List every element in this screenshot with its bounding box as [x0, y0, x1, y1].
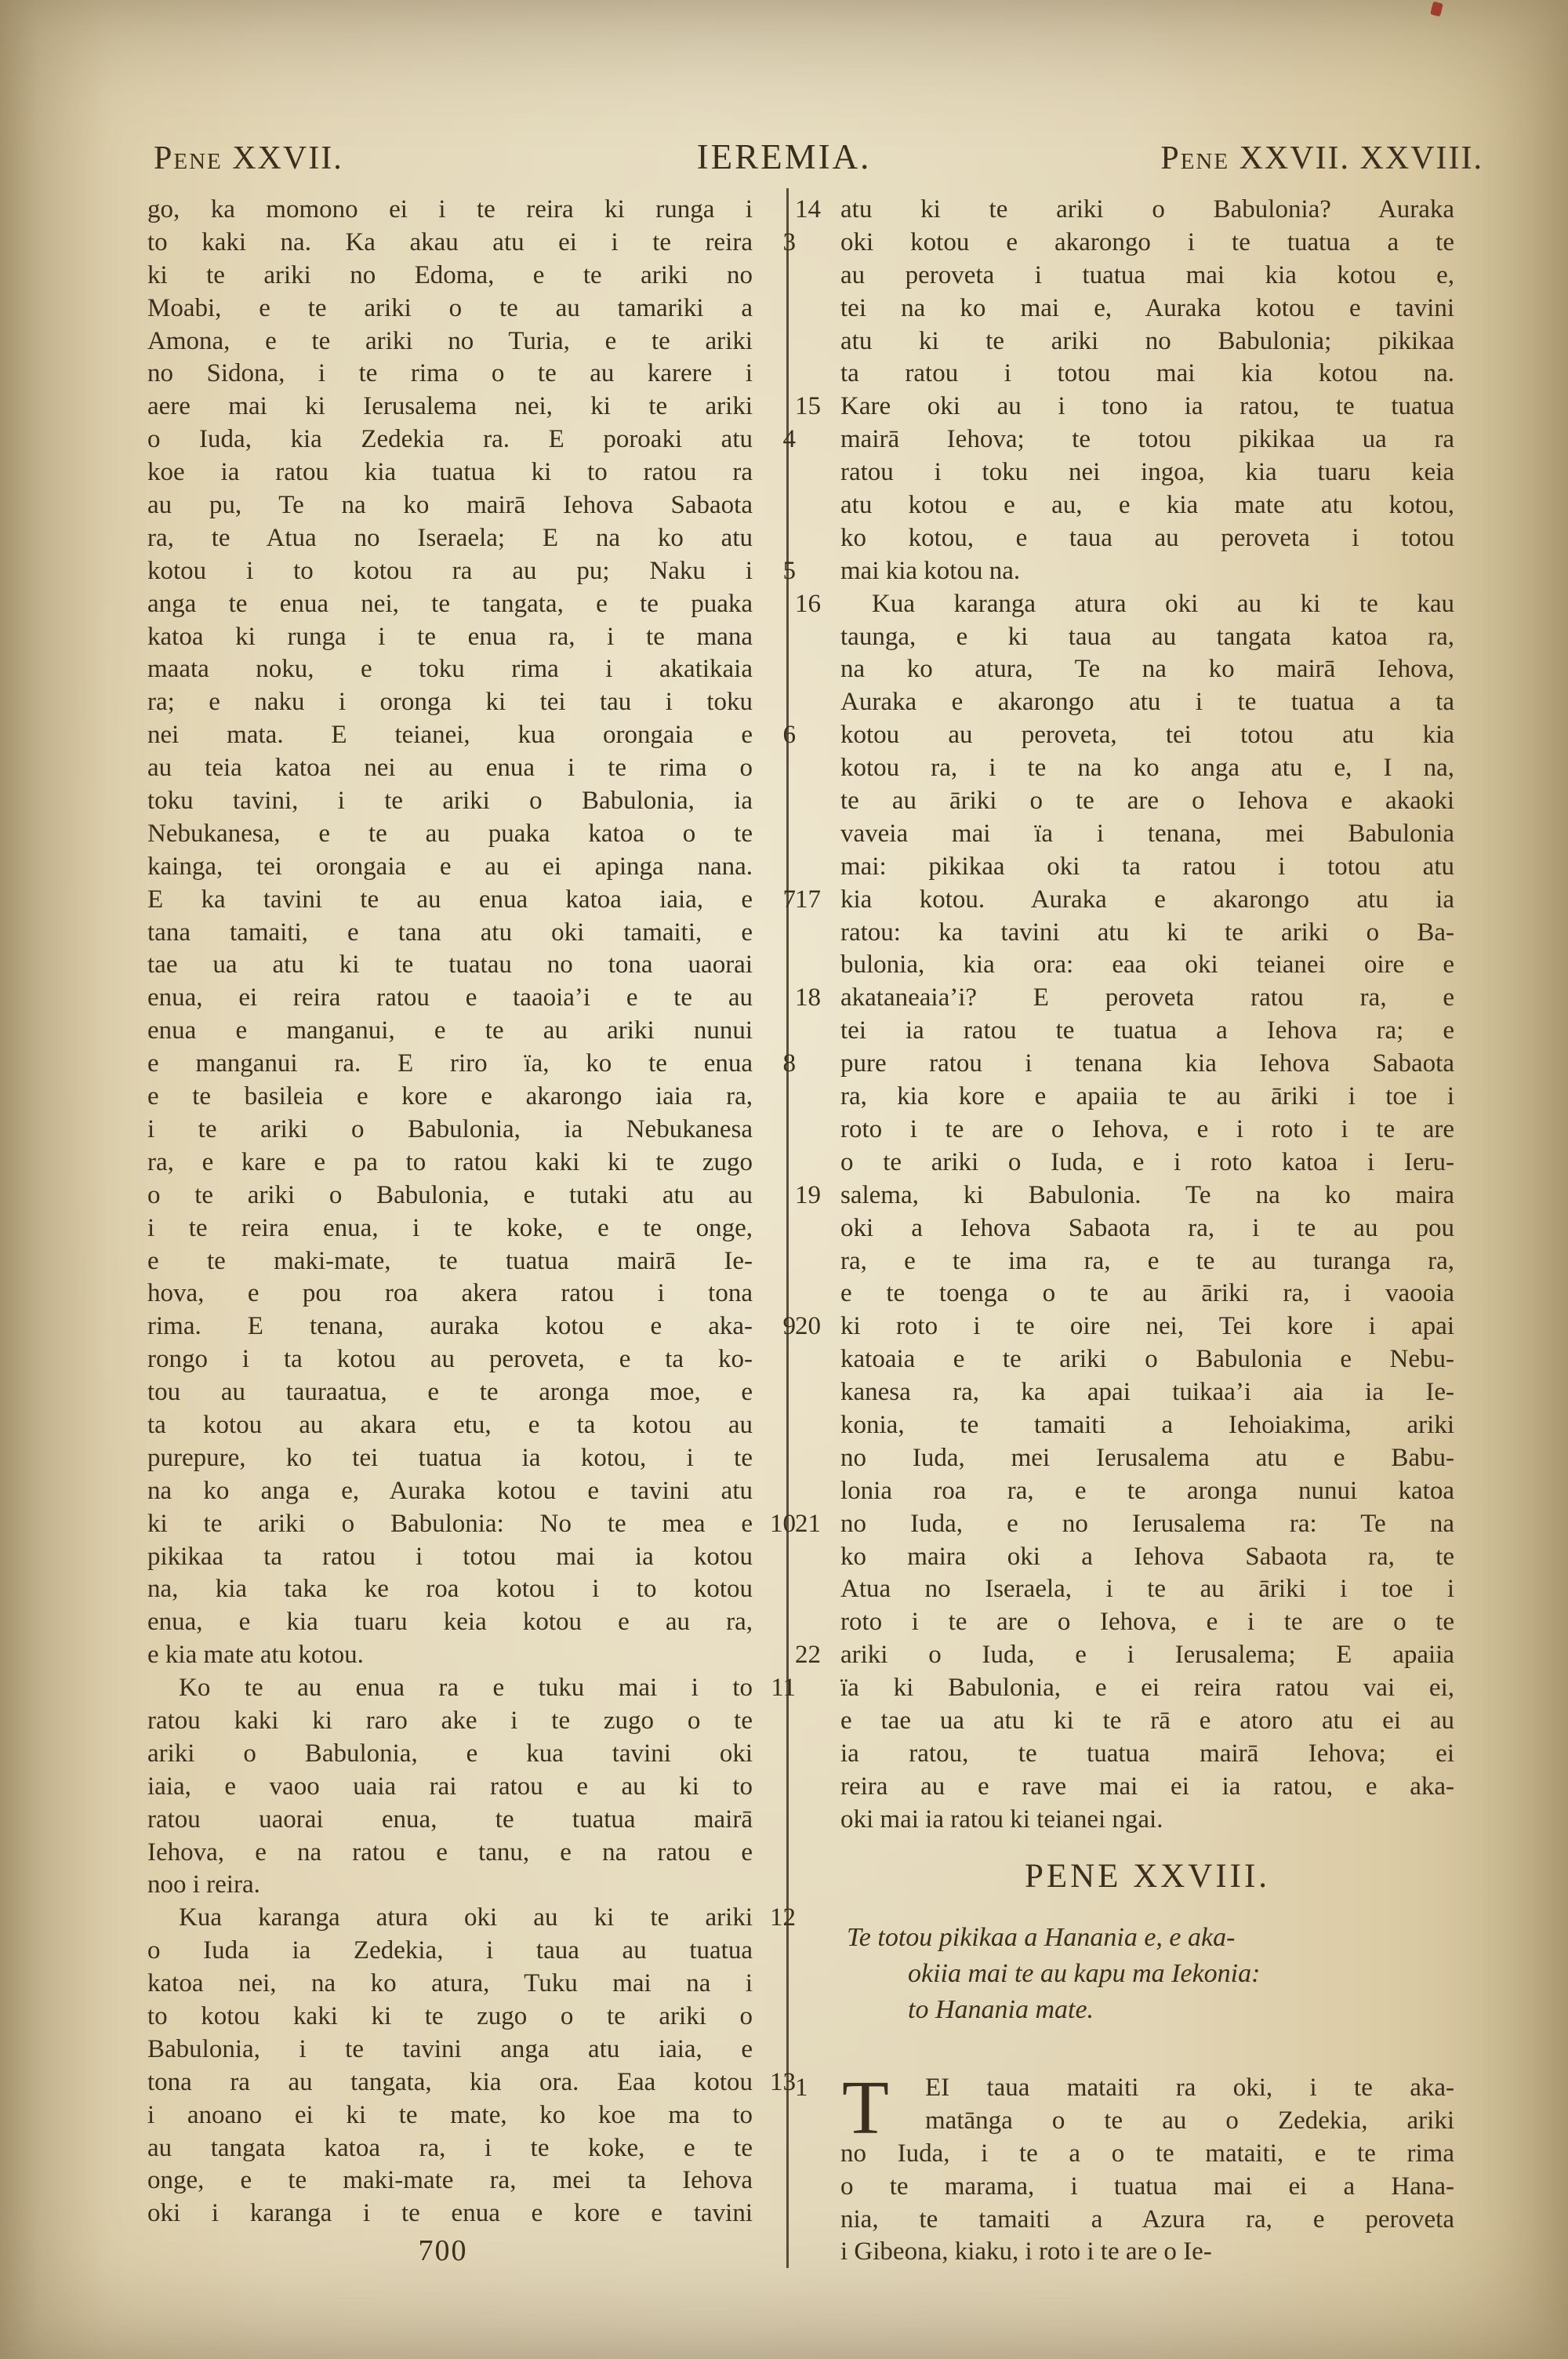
- text-line: aere mai ki Ierusalema nei, ki te ariki: [147, 391, 753, 423]
- text-line: o Iuda, kia Zedekia ra. E poroaki atu4: [147, 423, 753, 456]
- text-line: pikikaa ta ratou i totou mai ia kotou: [147, 1541, 753, 1574]
- verse-number: 8: [783, 1048, 797, 1081]
- text-line: Kare oki au i tono ia ratou, te tuatua15: [840, 391, 1454, 423]
- text-line: kotou au peroveta, tei totou atu kia: [840, 719, 1454, 752]
- text-line: ki roto i te oire nei, Tei kore i apai20: [840, 1310, 1454, 1343]
- text-line: o te ariki o Babulonia, e tutaki atu au: [147, 1179, 753, 1212]
- chapter-summary: Te totou pikikaa a Hanania e, e aka-okii…: [847, 1920, 1454, 2028]
- text-line: oki mai ia ratou ki teianei ngai.: [840, 1804, 1454, 1837]
- column-divider-rule: [786, 188, 789, 2268]
- text-line: reira au e rave mai ei ia ratou, e aka-: [840, 1771, 1454, 1804]
- chapter-summary-line: okiia mai te au kapu ma Iekonia:: [847, 1956, 1454, 1992]
- text-line: lonia roa ra, e te aronga nunui katoa: [840, 1475, 1454, 1508]
- text-line: ko maira oki a Iehova Sabaota ra, te: [840, 1541, 1454, 1574]
- text-line: tei ia ratou te tuatua a Iehova ra; e: [840, 1015, 1454, 1048]
- text-line: go, ka momono ei i te reira ki runga i: [147, 194, 753, 227]
- text-line: ra, e te ima ra, e te au turanga ra,: [840, 1245, 1454, 1278]
- text-line: roto i te are o Iehova, e i roto i te ar…: [840, 1114, 1454, 1147]
- text-line: tona ra au tangata, kia ora. Eaa kotou13: [147, 2066, 753, 2099]
- text-line: kainga, tei orongaia e au ei apinga nana…: [147, 851, 753, 884]
- verse-number: 4: [783, 423, 797, 456]
- text-line: Iehova, e na ratou e tanu, e na ratou e: [147, 1837, 753, 1870]
- text-line: katoa ki runga i te enua ra, i te mana: [147, 621, 753, 654]
- text-line: ra, e kare e pa to ratou kaki ki te zugo: [147, 1147, 753, 1179]
- text-line: ratou i toku nei ingoa, kia tuaru keia: [840, 456, 1454, 489]
- text-line: maata noku, e toku rima i akatikaia: [147, 653, 753, 686]
- page-number: 700: [357, 2234, 529, 2268]
- verse-1-block: 1 T EI taua mataiti ra oki, i te aka-mat…: [840, 2072, 1454, 2269]
- text-line: atu ki te ariki no Babulonia; pikikaa: [840, 325, 1454, 358]
- text-line: roto i te are o Iehova, e i te are o te: [840, 1606, 1454, 1639]
- text-line: Amona, e te ariki no Turia, e te ariki: [147, 325, 753, 358]
- text-line: e te maki-mate, te tuatua mairā Ie-: [147, 1245, 753, 1278]
- text-line: Nebukanesa, e te au puaka katoa o te: [147, 818, 753, 851]
- text-line: i anoano ei ki te mate, ko koe ma to: [147, 2099, 753, 2132]
- text-line: pure ratou i tenana kia Iehova Sabaota: [840, 1048, 1454, 1081]
- text-line: iaia, e vaoo uaia rai ratou e au ki to: [147, 1771, 753, 1804]
- text-line: toku tavini, i te ariki o Babulonia, ia: [147, 785, 753, 818]
- text-line: au peroveta i tuatua mai kia kotou e,: [840, 260, 1454, 293]
- text-line: oki kotou e akarongo i te tuatua a te: [840, 227, 1454, 260]
- header-left-chapter: Pene XXVII.: [154, 140, 343, 177]
- text-line: e te toenga o te au āriki ra, i vaooia: [840, 1278, 1454, 1310]
- text-line: atu ki te ariki o Babulonia? Auraka14: [840, 194, 1454, 227]
- text-line: tana tamaiti, e tana atu oki tamaiti, e: [147, 917, 753, 950]
- text-line: i te ariki o Babulonia, ia Nebukanesa: [147, 1114, 753, 1147]
- text-line: Kua karanga atura oki au ki te ariki12: [147, 1902, 753, 1935]
- text-line: purepure, ko tei tuatua ia kotou, i te: [147, 1442, 753, 1475]
- text-line: no Iuda, mei Ierusalema atu e Babu-: [840, 1442, 1454, 1475]
- text-line: atu kotou e au, e kia mate atu kotou,: [840, 489, 1454, 522]
- text-line: matānga o te au o Zedekia, ariki: [840, 2105, 1454, 2138]
- text-line: na, kia taka ke roa kotou i to kotou: [147, 1573, 753, 1606]
- text-line: taunga, e ki taua au tangata katoa ra,: [840, 621, 1454, 654]
- verse-number: 15: [795, 391, 821, 423]
- text-line: e tae ua atu ki te rā e atoro atu ei au: [840, 1705, 1454, 1738]
- text-line: na ko anga e, Auraka kotou e tavini atu: [147, 1475, 753, 1508]
- text-line: kotou i to kotou ra au pu; Naku i5: [147, 555, 753, 588]
- text-line: anga te enua nei, te tangata, e te puaka: [147, 588, 753, 621]
- text-line: oki a Iehova Sabaota ra, i te au pou: [840, 1212, 1454, 1245]
- verse-number: 9: [783, 1310, 797, 1343]
- text-line: katoaia e te ariki o Babulonia e Nebu-: [840, 1343, 1454, 1376]
- text-line: o Iuda ia Zedekia, i taua au tuatua: [147, 1935, 753, 1968]
- verse-number: 16: [795, 588, 821, 621]
- text-line: te au āriki o te are o Iehova e akaoki: [840, 785, 1454, 818]
- verse-number: 11: [771, 1672, 796, 1705]
- verse-number: 12: [770, 1902, 796, 1935]
- verse-number: 22: [795, 1639, 821, 1672]
- text-line: kia kotou. Auraka e akarongo atu ia17: [840, 884, 1454, 917]
- text-line: ratou kaki ki raro ake i te zugo o te: [147, 1705, 753, 1738]
- text-line: rongo i ta kotou au peroveta, e ta ko-: [147, 1343, 753, 1376]
- text-line: o te marama, i tuatua mai ei a Hana-: [840, 2171, 1454, 2204]
- text-line: Moabi, e te ariki o te au tamariki a: [147, 293, 753, 325]
- verse-number: 19: [795, 1179, 821, 1212]
- text-line: Kua karanga atura oki au ki te kau16: [840, 588, 1454, 621]
- text-line: to kaki na. Ka akau atu ei i te reira3: [147, 227, 753, 260]
- chapter-summary-line: to Hanania mate.: [847, 1992, 1454, 2028]
- text-line: ko kotou, e taua au peroveta i totou: [840, 522, 1454, 555]
- text-line: rima. E tenana, auraka kotou e aka-9: [147, 1310, 753, 1343]
- text-line: e kia mate atu kotou.: [147, 1639, 753, 1672]
- verse-number: 6: [783, 719, 797, 752]
- text-line: no Iuda, i te a o te mataiti, e te rima: [840, 2138, 1454, 2171]
- text-line: to kotou kaki ki te zugo o te ariki o: [147, 2001, 753, 2034]
- verse-number: 1: [795, 2072, 808, 2105]
- text-line: ta kotou au akara etu, e ta kotou au: [147, 1409, 753, 1442]
- text-line: katoa nei, na ko atura, Tuku mai na i: [147, 1968, 753, 2001]
- text-line: E ka tavini te au enua katoa iaia, e7: [147, 884, 753, 917]
- text-line: Atua no Iseraela, i te au āriki i toe i: [840, 1573, 1454, 1606]
- text-line: ki te ariki o Babulonia: No te mea e10: [147, 1508, 753, 1541]
- page-title: IEREMIA.: [643, 136, 925, 177]
- text-line: enua e manganui, e te au ariki nunui: [147, 1015, 753, 1048]
- text-line: mai: pikikaa oki ta ratou i totou atu: [840, 851, 1454, 884]
- right-text-column: atu ki te ariki o Babulonia? Auraka14oki…: [840, 194, 1454, 1837]
- text-line: kanesa ra, ka apai tuikaa’i aia ia Ie-: [840, 1376, 1454, 1409]
- text-line: ra, te Atua no Iseraela; E na ko atu: [147, 522, 753, 555]
- text-line: hova, e pou roa akera ratou i tona: [147, 1278, 753, 1310]
- text-line: konia, te tamaiti a Iehoiakima, ariki: [840, 1409, 1454, 1442]
- red-ink-mark: [1430, 2, 1443, 17]
- text-line: i Gibeona, kiaku, i roto i te are o Ie-: [840, 2236, 1454, 2269]
- text-line: akataneaia’i? E peroveta ratou ra, e18: [840, 982, 1454, 1015]
- text-line: noo i reira.: [147, 1869, 753, 1902]
- verse-number: 13: [770, 2066, 796, 2099]
- text-line: ia ratou, te tuatua mairā Iehova; ei: [840, 1738, 1454, 1771]
- chapter-heading: PENE XXVIII.: [840, 1857, 1454, 1896]
- text-line: Auraka e akarongo atu i te tuatua a ta: [840, 686, 1454, 719]
- text-line: oki i karanga i te enua e kore e tavini: [147, 2197, 753, 2230]
- chapter-summary-line: Te totou pikikaa a Hanania e, e aka-: [847, 1920, 1454, 1956]
- text-line: EI taua mataiti ra oki, i te aka-: [840, 2072, 1454, 2105]
- text-line: tei na ko mai e, Auraka kotou e tavini: [840, 293, 1454, 325]
- text-line: au teia katoa nei au enua i te rima o: [147, 752, 753, 785]
- text-line: o te ariki o Iuda, e i roto katoa i Ieru…: [840, 1147, 1454, 1179]
- text-line: mai kia kotou na.: [840, 555, 1454, 588]
- text-line: i te reira enua, i te koke, e te onge,: [147, 1212, 753, 1245]
- text-line: koe ia ratou kia tuatua ki to ratou ra: [147, 456, 753, 489]
- text-line: tae ua atu ki te tuatau no tona uaorai: [147, 949, 753, 982]
- text-line: onge, e te maki-mate ra, mei ta Iehova: [147, 2165, 753, 2197]
- text-line: salema, ki Babulonia. Te na ko maira19: [840, 1179, 1454, 1212]
- text-line: au pu, Te na ko mairā Iehova Sabaota: [147, 489, 753, 522]
- text-line: ki te ariki no Edoma, e te ariki no: [147, 260, 753, 293]
- text-line: ariki o Babulonia, e kua tavini oki: [147, 1738, 753, 1771]
- text-line: no Iuda, e no Ierusalema ra: Te na21: [840, 1508, 1454, 1541]
- text-line: ra; e naku i oronga ki tei tau i toku: [147, 686, 753, 719]
- text-line: au tangata katoa ra, i te koke, e te: [147, 2132, 753, 2165]
- verse-number: 10: [770, 1508, 796, 1541]
- text-line: kotou ra, i te na ko anga atu e, I na,: [840, 752, 1454, 785]
- verse-number: 18: [795, 982, 821, 1015]
- text-line: ariki o Iuda, e i Ierusalema; E apaiia22: [840, 1639, 1454, 1672]
- text-line: ïa ki Babulonia, e ei reira ratou vai ei…: [840, 1672, 1454, 1705]
- text-line: bulonia, kia ora: eaa oki teianei oire e: [840, 949, 1454, 982]
- text-line: ratou uaorai enua, te tuatua mairā: [147, 1804, 753, 1837]
- text-line: Babulonia, i te tavini anga atu iaia, e: [147, 2034, 753, 2066]
- text-line: nei mata. E teianei, kua orongaia e6: [147, 719, 753, 752]
- text-line: ra, kia kore e apaiia te au āriki i toe …: [840, 1081, 1454, 1114]
- verse-number: 5: [783, 555, 797, 588]
- text-line: nia, te tamaiti a Azura ra, e peroveta: [840, 2204, 1454, 2237]
- text-line: mairā Iehova; te totou pikikaa ua ra: [840, 423, 1454, 456]
- left-text-column: go, ka momono ei i te reira ki runga ito…: [147, 194, 753, 2230]
- header-right-chapter: Pene XXVII. XXVIII.: [1160, 140, 1483, 177]
- text-line: ta ratou i totou mai kia kotou na.: [840, 358, 1454, 391]
- text-line: e te basileia e kore e akarongo iaia ra,: [147, 1081, 753, 1114]
- text-line: na ko atura, Te na ko mairā Iehova,: [840, 653, 1454, 686]
- verse-number: 21: [795, 1508, 821, 1541]
- text-line: no Sidona, i te rima o te au karere i: [147, 358, 753, 391]
- verse-number: 7: [783, 884, 797, 917]
- verse-number: 17: [795, 884, 821, 917]
- text-line: ratou: ka tavini atu ki te ariki o Ba-: [840, 917, 1454, 950]
- text-line: Ko te au enua ra e tuku mai i to11: [147, 1672, 753, 1705]
- verse-number: 20: [795, 1310, 821, 1343]
- text-line: enua, e kia tuaru keia kotou e au ra,: [147, 1606, 753, 1639]
- text-line: enua, ei reira ratou e taaoia’i e te au: [147, 982, 753, 1015]
- verse-number: 3: [783, 227, 797, 260]
- text-line: tou au tauraatua, e te aronga moe, e: [147, 1376, 753, 1409]
- text-line: e manganui ra. E riro ïa, ko te enua8: [147, 1048, 753, 1081]
- verse-number: 14: [795, 194, 821, 227]
- text-line: vaveia mai ïa i tenana, mei Babulonia: [840, 818, 1454, 851]
- running-head: Pene XXVII. IEREMIA. Pene XXVII. XXVIII.: [0, 140, 1568, 187]
